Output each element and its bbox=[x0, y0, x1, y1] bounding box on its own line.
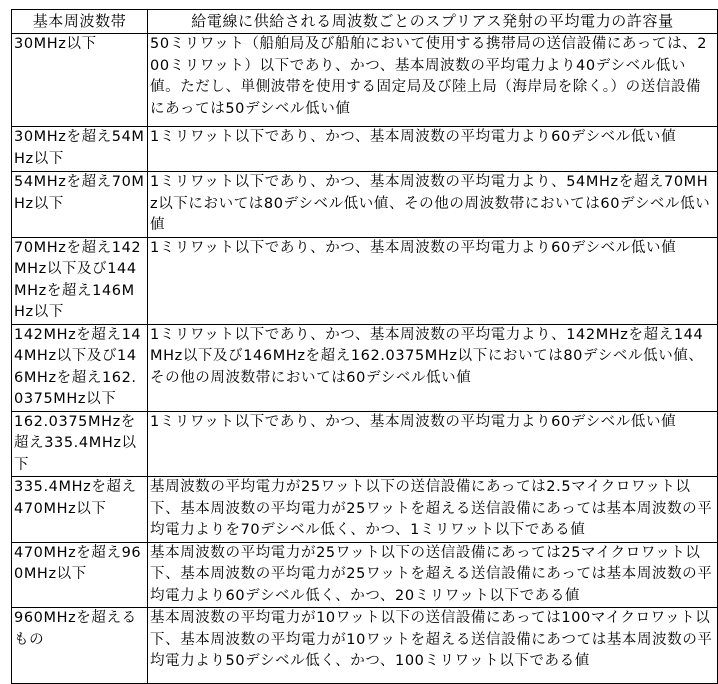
band-cell: 30MHzを超え54MHz以下 bbox=[12, 127, 148, 172]
limit-cell: 50ミリワット（船舶局及び船舶において使用する携帯局の送信設備にあっては、200… bbox=[148, 34, 718, 127]
limit-cell: 1ミリワット以下であり、かつ、基本周波数の平均電力より60デシベル低い値 bbox=[148, 127, 718, 172]
band-cell: 162.0375MHzを超え335.4MHz以下 bbox=[12, 411, 148, 477]
limit-cell: 基本周波数の平均電力が10ワット以下の送信設備にあっては100マイクロワット以下… bbox=[148, 608, 718, 645]
table-row: 162.0375MHzを超え335.4MHz以下 1ミリワット以下であり、かつ、… bbox=[12, 411, 718, 477]
table-row: 335.4MHzを超え470MHz以下 基周波数の平均電力が25ワット以下の送信… bbox=[12, 477, 718, 543]
band-cell: 54MHzを超え70MHz以下 bbox=[12, 172, 148, 238]
header-limit: 給電線に供給される周波数ごとのスプリアス発射の平均電力の許容量 bbox=[148, 10, 718, 34]
header-row: 基本周波数帯 給電線に供給される周波数ごとのスプリアス発射の平均電力の許容量 bbox=[12, 10, 718, 34]
limit-cell: 1ミリワット以下であり、かつ、基本周波数の平均電力より、54MHzを超え70MH… bbox=[148, 172, 718, 238]
limit-cell: 基本周波数の平均電力が25ワット以下の送信設備にあっては25マイクロワット以下、… bbox=[148, 542, 718, 608]
spurious-emission-table: 基本周波数帯 給電線に供給される周波数ごとのスプリアス発射の平均電力の許容量 3… bbox=[11, 9, 718, 644]
band-cell: 335.4MHzを超え470MHz以下 bbox=[12, 477, 148, 543]
limit-cell: 基周波数の平均電力が25ワット以下の送信設備にあっては2.5マイクロワット以下、… bbox=[148, 477, 718, 543]
table-row: 960MHzを超えるもの 基本周波数の平均電力が10ワット以下の送信設備にあって… bbox=[12, 608, 718, 645]
band-cell: 30MHz以下 bbox=[12, 34, 148, 127]
table-row: 142MHzを超え144MHz以下及び146MHzを超え162.0375MHz以… bbox=[12, 324, 718, 411]
table-row: 470MHzを超え960MHz以下 基本周波数の平均電力が25ワット以下の送信設… bbox=[12, 542, 718, 608]
band-cell: 142MHzを超え144MHz以下及び146MHzを超え162.0375MHz以… bbox=[12, 324, 148, 411]
band-cell: 470MHzを超え960MHz以下 bbox=[12, 542, 148, 608]
limit-cell: 1ミリワット以下であり、かつ、基本周波数の平均電力より60デシベル低い値 bbox=[148, 411, 718, 477]
table-row: 30MHzを超え54MHz以下 1ミリワット以下であり、かつ、基本周波数の平均電… bbox=[12, 127, 718, 172]
band-cell: 960MHzを超えるもの bbox=[12, 608, 148, 645]
band-cell: 70MHzを超え142MHz以下及び144MHzを超え146MHz以下 bbox=[12, 237, 148, 324]
table-row: 54MHzを超え70MHz以下 1ミリワット以下であり、かつ、基本周波数の平均電… bbox=[12, 172, 718, 238]
header-band: 基本周波数帯 bbox=[12, 10, 148, 34]
limit-cell: 1ミリワット以下であり、かつ、基本周波数の平均電力より、142MHzを超え144… bbox=[148, 324, 718, 411]
table-row: 70MHzを超え142MHz以下及び144MHzを超え146MHz以下 1ミリワ… bbox=[12, 237, 718, 324]
limit-cell: 1ミリワット以下であり、かつ、基本周波数の平均電力より60デシベル低い値 bbox=[148, 237, 718, 324]
table-row: 30MHz以下 50ミリワット（船舶局及び船舶において使用する携帯局の送信設備に… bbox=[12, 34, 718, 127]
